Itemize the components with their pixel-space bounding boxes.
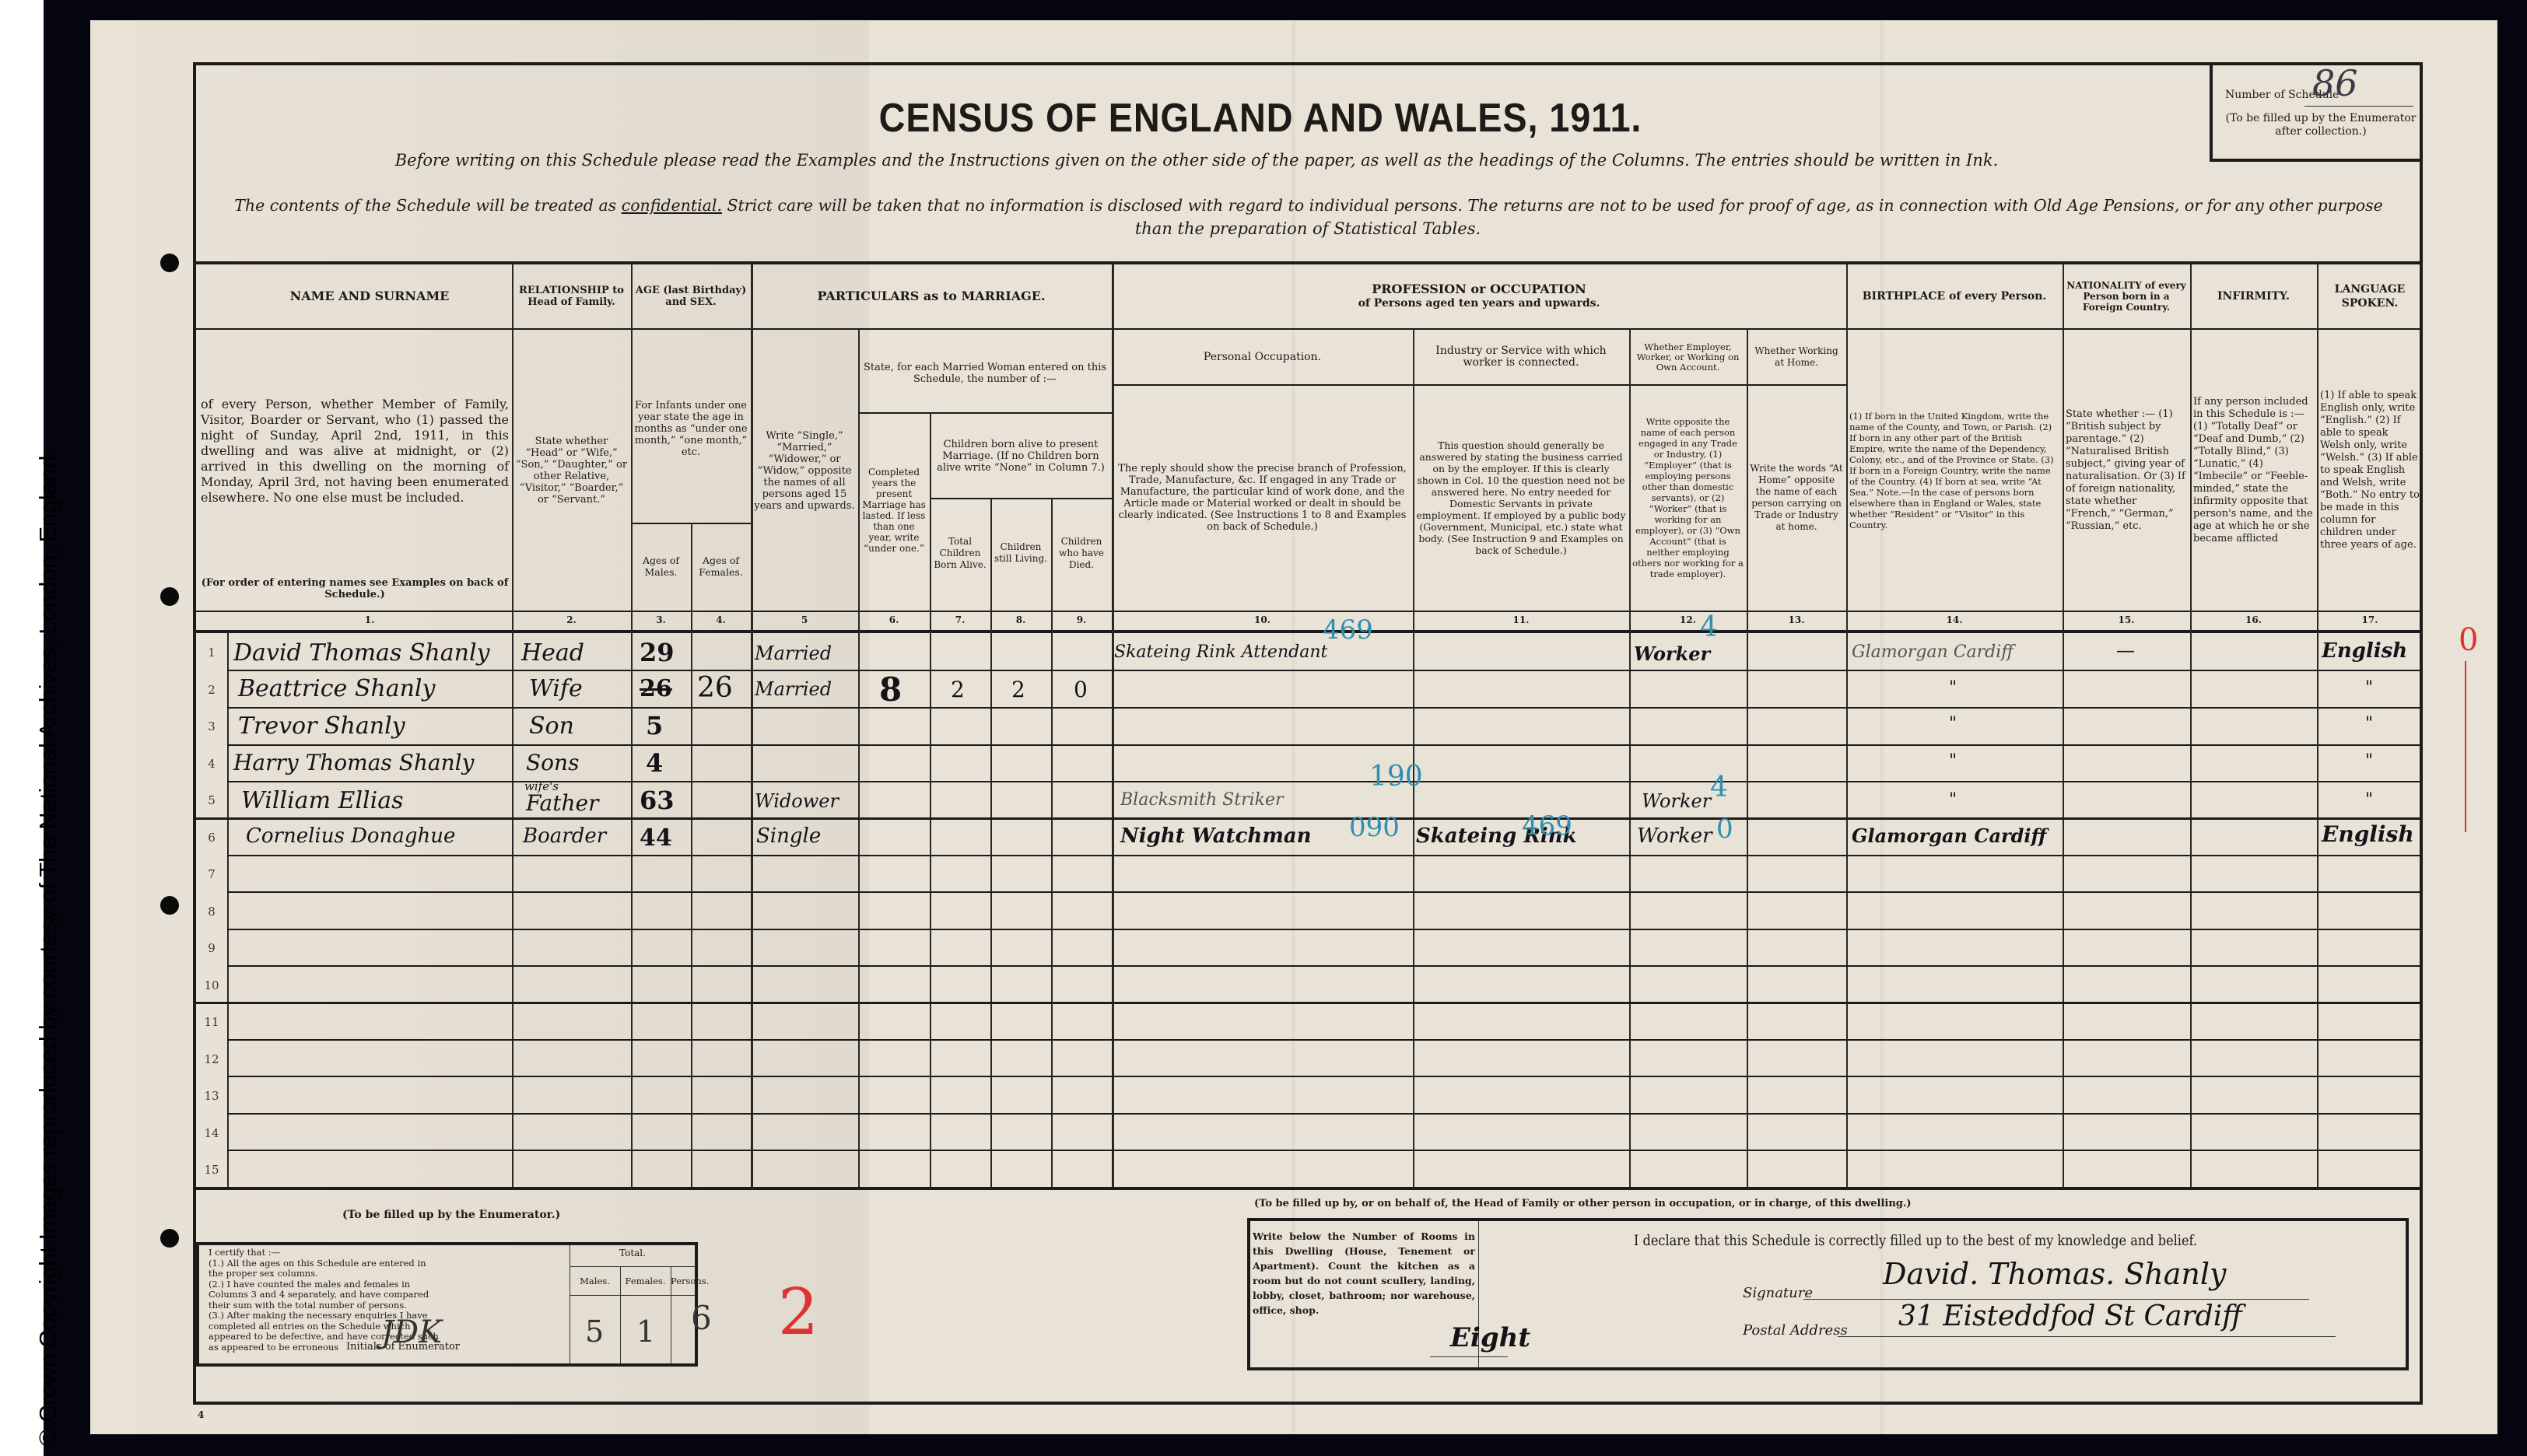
industry-code: 469 [1522,810,1572,842]
column-instruction-occupation: The reply should show the precise branch… [1112,389,1413,607]
column-instruction-name: of every Person, whether Member of Famil… [198,334,512,568]
column-head-total-children: Total Children Born Alive. [930,499,990,607]
credit-strip: © Crown Copyright Images reproduced by c… [0,0,44,1456]
children-born-alive-heading: Children born alive to present Marriage.… [930,414,1112,498]
person-name: William Ellias [241,787,404,814]
schedule-number-value: 86 [2312,62,2358,104]
birthplace: Glamorgan Cardiff [1852,642,2014,662]
schedule-number-box: Number of Schedule 86 (To be filled up b… [2210,62,2423,162]
occupation: Night Watchman [1120,824,1312,848]
language-ditto: " [2365,678,2373,698]
birthplace-ditto: " [1949,714,1957,733]
column-head-personal-occupation: Personal Occupation. [1112,330,1413,384]
employment-status: Worker [1634,642,1710,665]
person-name: Cornelius Donaghue [246,824,455,848]
children-died: 0 [1074,677,1088,702]
column-head-age: AGE (last Birthday) and SEX. [631,264,751,328]
age-male: 4 [646,748,663,778]
birthplace-ditto: " [1949,751,1957,771]
marital-status: Married [755,678,832,700]
age-male: 29 [640,638,675,667]
column-head-marriage: PARTICULARS as to MARRIAGE. [751,264,1112,328]
column-instruction-language: (1) If able to speak English only, write… [2317,334,2423,607]
confidentiality-notice: The contents of the Schedule will be tre… [196,196,2421,215]
language: English [2322,639,2407,663]
occupation-code: 190 [1369,761,1423,793]
enumerator-heading: (To be filled up by the Enumerator.) [342,1209,560,1221]
column-instruction-infirmity: If any person included in this Schedule … [2190,334,2317,607]
person-name: Trevor Shanly [238,712,405,740]
declaration-text: I declare that this Schedule is correctl… [1634,1232,2197,1249]
relationship: Son [529,712,574,740]
status-code: 4 [1700,611,1718,643]
persons-label: Persons. [671,1276,696,1286]
column-instruction-marital: Write “Single,” “Married,” “Widower,” or… [751,334,858,607]
enumerator-initials: JDK [381,1314,442,1350]
marital-status: Widower [755,790,839,812]
age-male: 44 [640,824,672,852]
number-of-rooms: Eight [1450,1322,1530,1353]
confidentiality-notice-2: than the preparation of Statistical Tabl… [193,219,2423,238]
employment-status: Worker [1637,824,1712,848]
age-male: 63 [640,786,675,815]
birthplace: Glamorgan Cardiff [1852,824,2046,847]
column-instruction-age: For Infants under one year state the age… [631,334,751,523]
column-head-name: NAME AND SURNAME [227,264,512,328]
page-title: CENSUS OF ENGLAND AND WALES, 1911. [420,95,2101,142]
punch-hole-icon [160,896,179,915]
rooms-instruction: Write below the Number of Rooms in this … [1253,1229,1475,1318]
occupation: Blacksmith Striker [1120,790,1284,810]
relationship: Father [526,790,598,816]
column-head-language: LANGUAGE SPOKEN. [2317,264,2423,328]
confidential-word: confidential. [622,196,722,215]
column-instruction-years-married: Completed years the present Marriage has… [858,414,930,607]
signature-label: Signature [1743,1285,1813,1301]
column-head-nationality: NATIONALITY of every Person born in a Fo… [2063,264,2190,328]
column-head-profession: PROFESSION or OCCUPATION of Persons aged… [1112,264,1846,328]
column-head-children-died: Children who have Died. [1051,499,1112,607]
birthplace-ditto: " [1949,678,1957,698]
copyright-credit: © Crown Copyright Images reproduced by c… [34,450,62,1447]
red-annotation: 2 [778,1276,818,1349]
males-label: Males. [570,1276,620,1286]
instruction-text: Before writing on this Schedule please r… [193,151,2200,170]
punch-hole-icon [160,1229,179,1248]
punch-hole-icon [160,254,179,272]
status-code: 0 [1716,814,1733,845]
age-female: 26 [697,672,733,704]
column-instruction-birthplace: (1) If born in the United Kingdom, write… [1846,334,2063,607]
females-label: Females. [620,1276,671,1286]
column-head-ages-males: Ages of Males. [631,526,691,607]
relationship: Head [521,639,584,667]
column-instruction-industry: This question should generally be answer… [1413,389,1629,607]
married-woman-instruction: State, for each Married Woman entered on… [858,334,1112,412]
age-male: 5 [646,711,663,740]
punch-hole-icon [160,587,179,606]
postal-address-label: Postal Address [1743,1322,1848,1339]
column-head-employment-status: Whether Employer, Worker, or Working on … [1629,330,1747,384]
person-name: Harry Thomas Shanly [233,750,474,775]
marital-status: Married [755,642,832,664]
relationship: Boarder [523,824,606,848]
head-of-family-heading: (To be filled up by, or on behalf of, th… [1254,1198,2421,1209]
column-head-infirmity: INFIRMITY. [2190,264,2317,328]
column-head-relationship: RELATIONSHIP to Head of Family. [512,264,631,328]
column-note-name: (For order of entering names see Example… [198,571,512,607]
total-females: 1 [636,1314,655,1349]
language-ditto: " [2365,790,2373,810]
column-instruction-relationship: State whether “Head” or “Wife,” “Son,” “… [512,334,631,607]
children-living: 2 [1011,677,1025,702]
relationship: Wife [529,675,583,702]
birthplace-ditto: " [1949,790,1957,810]
column-instruction-working-at-home: Write the words “At Home” opposite the n… [1747,389,1846,607]
column-head-working-at-home: Whether Working at Home. [1747,330,1846,384]
total-label: Total. [570,1248,696,1258]
employment-status: Worker [1642,790,1711,812]
column-head-ages-females: Ages of Females. [691,526,751,607]
total-males: 5 [585,1314,604,1349]
column-instruction-nationality: State whether :— (1) “British subject by… [2063,334,2190,607]
column-instruction-employment-status: Write opposite the name of each person e… [1629,389,1747,607]
nationality: — [2116,639,2135,661]
relationship: Sons [526,750,579,775]
status-code: 4 [1710,772,1728,803]
schedule-number-note: (To be filled up by the Enumerator after… [2224,112,2418,138]
signature: David. Thomas. Shanly [1883,1257,2227,1291]
postal-address: 31 Eisteddfod St Cardiff [1898,1300,2242,1332]
marital-status: Single [756,824,821,848]
total-persons: 6 [691,1299,712,1337]
language-ditto: " [2365,751,2373,771]
red-margin-line [2465,661,2466,832]
age-male-struck: 26 [640,675,672,702]
person-name: David Thomas Shanly [233,639,490,667]
page-number: 4 [198,1409,204,1420]
language-ditto: " [2365,714,2373,733]
column-head-birthplace: BIRTHPLACE of every Person. [1846,264,2063,328]
person-name: Beattrice Shanly [238,675,435,702]
occupation: Skateing Rink Attendant [1114,642,1327,662]
language: English [2322,821,2414,847]
column-head-industry: Industry or Service with which worker is… [1413,330,1629,384]
years-married: 8 [879,670,902,709]
red-margin-mark: 0 [2459,622,2478,658]
occupation-code: 469 [1323,614,1373,646]
children-born-alive: 2 [951,677,965,702]
column-head-children-living: Children still Living. [990,499,1051,607]
occupation-code: 090 [1349,812,1400,843]
